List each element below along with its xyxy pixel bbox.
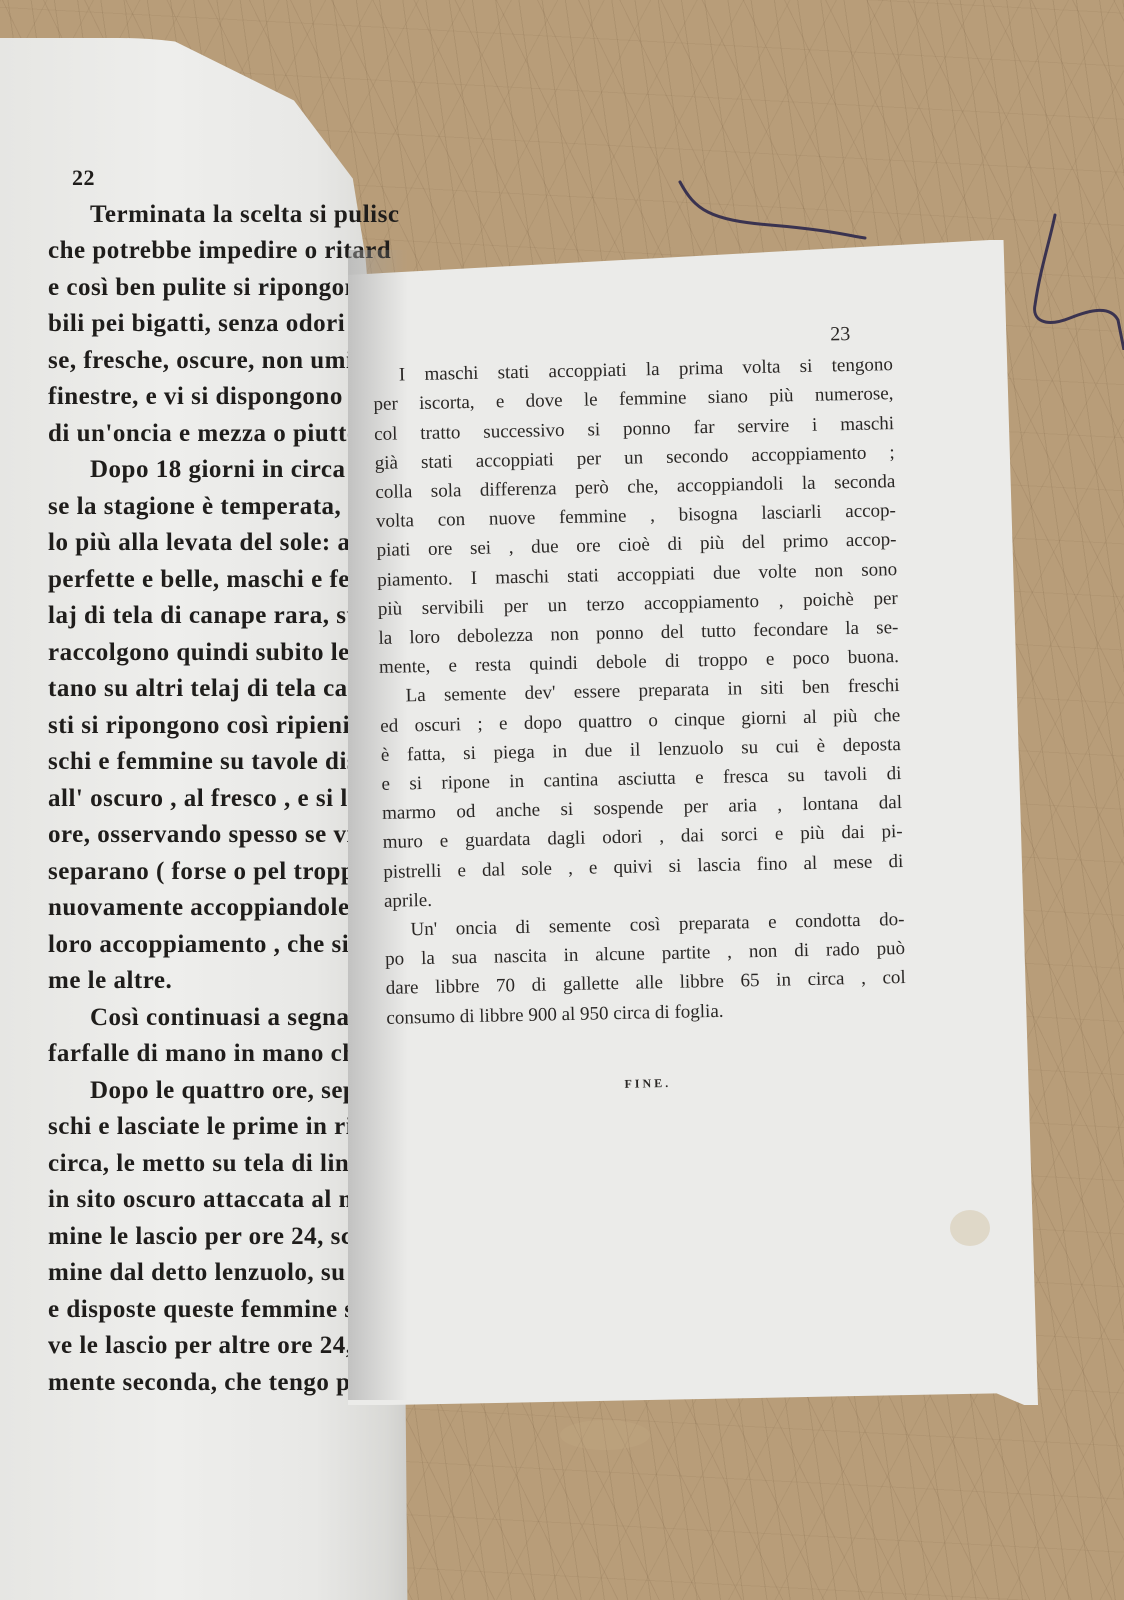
pen-scribble-mark <box>650 170 890 250</box>
text-line: Terminata la scelta si pulisc <box>48 197 408 234</box>
pen-scribble-mark-right <box>1010 210 1124 350</box>
paper-stain <box>560 1420 650 1450</box>
paper-stain <box>950 1210 990 1246</box>
right-page-text: 23 I maschi stati accoppiati la prima vo… <box>372 319 908 1104</box>
page-number: 22 <box>72 160 408 197</box>
